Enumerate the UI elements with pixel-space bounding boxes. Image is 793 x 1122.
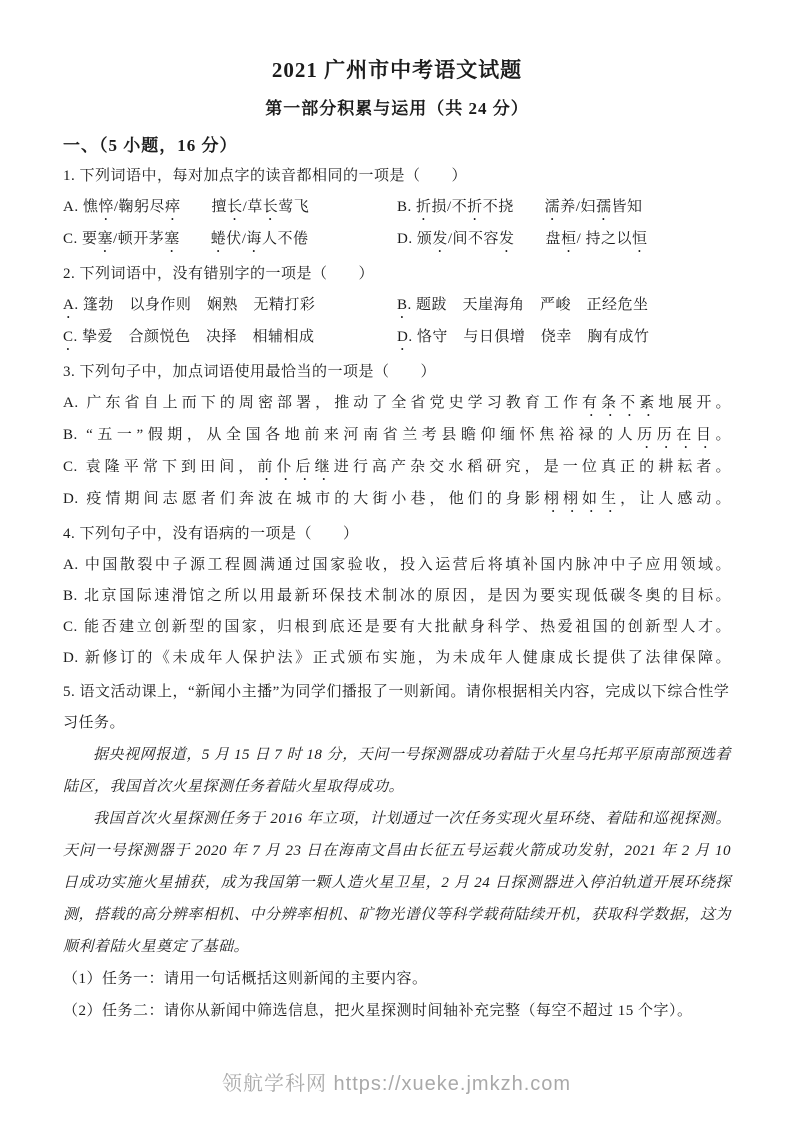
option: D. 疫情期间志愿者们奔波在城市的大街小巷，他们的身影栩栩如生，让人感动。 — [63, 484, 731, 516]
emphasized-text: B. — [397, 297, 412, 313]
text-segment: 人不倦 — [262, 231, 309, 247]
text-segment: A. 憔 — [63, 199, 98, 215]
text-segment: 篷勃 以身作则 娴熟 无精打彩 — [79, 297, 316, 313]
option: C. 要塞/顿开茅塞 蜷伏/诲人不倦 — [63, 224, 397, 256]
option: C. 能否建立创新型的国家，归根到底还是要有大批献身科学、热爱祖国的创新型人才。 — [63, 612, 731, 643]
text-segment: 1. 下列词语中，每对加点字的读音都相同的一项是（ ） — [63, 168, 467, 184]
text-segment — [180, 231, 211, 247]
text-segment: D. 新修订的《未成年人保护法》正式颁布实施，为未成年人健康成长提供了法律保障。 — [63, 650, 731, 666]
option: D. 颁发/间不容发 盘桓/ 持之以恒 — [397, 224, 731, 256]
text-segment: 皆知 — [611, 199, 642, 215]
text-segment: D. 疫情期间志愿者们奔波在城市的大街小巷，他们的身影 — [63, 491, 544, 507]
option: C. 挚爱 合颜悦色 决择 相辅相成 — [63, 322, 397, 354]
text-segment: ，让人感动。 — [620, 491, 731, 507]
question-stem: 5. 语文活动课上，“新闻小主播”为同学们播报了一则新闻。请你根据相关内容，完成… — [63, 677, 731, 739]
page-title: 2021 广州市中考语文试题 — [63, 56, 731, 84]
emphasized-text: 桓 — [561, 231, 577, 247]
news-paragraph: 我国首次火星探测任务于 2016 年立项，计划通过一次任务实现火星环绕、着陆和巡… — [63, 803, 731, 963]
text-segment: 擅 — [181, 199, 228, 215]
emphasized-text: 瘁 — [165, 199, 181, 215]
text-segment: 进行高产杂交水稻研究，是一位真正的耕耘者。 — [334, 459, 731, 475]
emphasized-text: 悴 — [98, 199, 114, 215]
text-segment: 莺飞 — [278, 199, 309, 215]
text-segment: 不挠 — [483, 199, 514, 215]
option: B. 题跋 天崖海角 严峻 正经危坐 — [397, 290, 731, 322]
text-segment: C. 能否建立创新型的国家，归根到底还是要有大批献身科学、热爱祖国的创新型人才。 — [63, 619, 731, 635]
part-header: 一、（5 小题，16 分） — [63, 134, 731, 158]
question-1: 1. 下列词语中，每对加点字的读音都相同的一项是（ ）A. 憔悴/鞠躬尽瘁 擅长… — [63, 161, 731, 256]
text-segment: B. “五一”假期，从全国各地前来河南省兰考县瞻仰缅怀焦裕禄的人 — [63, 427, 637, 443]
emphasized-text: 栩栩如生 — [544, 491, 620, 507]
emphasized-text: A. — [63, 297, 79, 313]
text-segment: 。 — [715, 427, 731, 443]
task-line: （1）任务一：请用一句话概括这则新闻的主要内容。 — [63, 963, 731, 995]
text-segment: 4. 下列句子中，没有语病的一项是（ ） — [63, 526, 359, 542]
emphasized-text: 折 — [416, 199, 432, 215]
emphasized-text: D. — [397, 329, 413, 345]
option: D. 恪守 与日俱增 侥幸 胸有成竹 — [397, 322, 731, 354]
questions: 1. 下列词语中，每对加点字的读音都相同的一项是（ ）A. 憔悴/鞠躬尽瘁 擅长… — [63, 161, 731, 1027]
option-row: C. 要塞/顿开茅塞 蜷伏/诲人不倦D. 颁发/间不容发 盘桓/ 持之以恒 — [63, 224, 731, 256]
emphasized-text: 恒 — [632, 231, 648, 247]
option: A. 憔悴/鞠躬尽瘁 擅长/草长莺飞 — [63, 192, 397, 224]
text-segment: 损/不 — [432, 199, 468, 215]
option: B. 折损/不折不挠 濡养/妇孺皆知 — [397, 192, 731, 224]
text-segment: A. 广东省自上而下的周密部署，推动了全省党史学习教育工作 — [63, 395, 582, 411]
question-stem: 1. 下列词语中，每对加点字的读音都相同的一项是（ ） — [63, 161, 731, 192]
watermark: 领航学科网 https://xueke.jmkzh.com — [0, 1072, 793, 1096]
emphasized-text: 塞 — [98, 231, 114, 247]
option-row: A. 篷勃 以身作则 娴熟 无精打彩B. 题跋 天崖海角 严峻 正经危坐 — [63, 290, 731, 322]
text-segment: /顿开茅 — [113, 231, 164, 247]
emphasized-text: 蜷 — [211, 231, 227, 247]
option: A. 中国散裂中子源工程圆满通过国家验收，投入运营后将填补国内脉冲中子应用领域。 — [63, 550, 731, 581]
emphasized-text: 发 — [432, 231, 448, 247]
option: A. 篷勃 以身作则 娴熟 无精打彩 — [63, 290, 397, 322]
question-stem: 2. 下列词语中，没有错别字的一项是（ ） — [63, 259, 731, 290]
question-3: 3. 下列句子中，加点词语使用最恰当的一项是（ ）A. 广东省自上而下的周密部署… — [63, 357, 731, 516]
text-segment: D. 颁 — [397, 231, 432, 247]
text-segment: /间不容 — [448, 231, 499, 247]
option: C. 袁隆平常下到田间，前仆后继进行高产杂交水稻研究，是一位真正的耕耘者。 — [63, 452, 731, 484]
text-segment: A. 中国散裂中子源工程圆满通过国家验收，投入运营后将填补国内脉冲中子应用领域。 — [63, 557, 731, 573]
section-header: 第一部分积累与运用（共 24 分） — [63, 97, 731, 121]
option: B. “五一”假期，从全国各地前来河南省兰考县瞻仰缅怀焦裕禄的人历历在目。 — [63, 420, 731, 452]
text-segment: 题跋 天崖海角 严峻 正经危坐 — [412, 297, 649, 313]
emphasized-text: 有条不紊 — [582, 395, 658, 411]
text-segment: C. 要 — [63, 231, 98, 247]
emphasized-text: 塞 — [164, 231, 180, 247]
option: D. 新修订的《未成年人保护法》正式颁布实施，为未成年人健康成长提供了法律保障。 — [63, 643, 731, 674]
text-segment: 伏/ — [226, 231, 246, 247]
text-segment: B. — [397, 199, 416, 215]
emphasized-text: 前仆后继 — [257, 459, 333, 475]
news-paragraph: 据央视网报道，5 月 15 日 7 时 18 分，天问一号探测器成功着陆于火星乌… — [63, 739, 731, 803]
option-row: C. 挚爱 合颜悦色 决择 相辅相成D. 恪守 与日俱增 侥幸 胸有成竹 — [63, 322, 731, 354]
text-segment: 地展开。 — [658, 395, 731, 411]
option-row: A. 憔悴/鞠躬尽瘁 擅长/草长莺飞B. 折损/不折不挠 濡养/妇孺皆知 — [63, 192, 731, 224]
emphasized-text: 发 — [499, 231, 515, 247]
text-segment — [514, 199, 545, 215]
option: B. 北京国际速滑馆之所以用最新环保技术制冰的原因，是因为要实现低碳冬奥的目标。 — [63, 581, 731, 612]
emphasized-text: 诲 — [246, 231, 262, 247]
task-line: （2）任务二：请你从新闻中筛选信息，把火星探测时间轴补充完整（每空不超过 15 … — [63, 995, 731, 1027]
text-segment: 3. 下列句子中，加点词语使用最恰当的一项是（ ） — [63, 364, 436, 380]
option: A. 广东省自上而下的周密部署，推动了全省党史学习教育工作有条不紊地展开。 — [63, 388, 731, 420]
text-segment: /草 — [243, 199, 263, 215]
question-stem: 3. 下列句子中，加点词语使用最恰当的一项是（ ） — [63, 357, 731, 388]
emphasized-text: 孺 — [596, 199, 612, 215]
question-2: 2. 下列词语中，没有错别字的一项是（ ）A. 篷勃 以身作则 娴熟 无精打彩B… — [63, 259, 731, 354]
text-segment: /鞠躬尽 — [114, 199, 165, 215]
text-segment: 挚爱 合颜悦色 决择 相辅相成 — [78, 329, 315, 345]
emphasized-text: 长 — [263, 199, 279, 215]
text-segment: 恪守 与日俱增 侥幸 胸有成竹 — [413, 329, 650, 345]
question-5: 5. 语文活动课上，“新闻小主播”为同学们播报了一则新闻。请你根据相关内容，完成… — [63, 677, 731, 1027]
text-segment: 2. 下列词语中，没有错别字的一项是（ ） — [63, 266, 374, 282]
emphasized-text: 折 — [467, 199, 483, 215]
emphasized-text: 濡 — [545, 199, 561, 215]
text-segment: / 持之以 — [577, 231, 632, 247]
exam-page: 2021 广州市中考语文试题 第一部分积累与运用（共 24 分） 一、（5 小题… — [0, 0, 793, 1027]
text-segment: 养/妇 — [560, 199, 596, 215]
emphasized-text: 历历在目 — [637, 427, 715, 443]
question-4: 4. 下列句子中，没有语病的一项是（ ）A. 中国散裂中子源工程圆满通过国家验收… — [63, 519, 731, 674]
text-segment: 盘 — [515, 231, 562, 247]
emphasized-text: C. — [63, 329, 78, 345]
text-segment: B. 北京国际速滑馆之所以用最新环保技术制冰的原因，是因为要实现低碳冬奥的目标。 — [63, 588, 731, 604]
text-segment: C. 袁隆平常下到田间， — [63, 459, 257, 475]
question-stem: 4. 下列句子中，没有语病的一项是（ ） — [63, 519, 731, 550]
emphasized-text: 长 — [227, 199, 243, 215]
text-segment: 5. 语文活动课上，“新闻小主播”为同学们播报了一则新闻。请你根据相关内容，完成… — [63, 684, 729, 731]
